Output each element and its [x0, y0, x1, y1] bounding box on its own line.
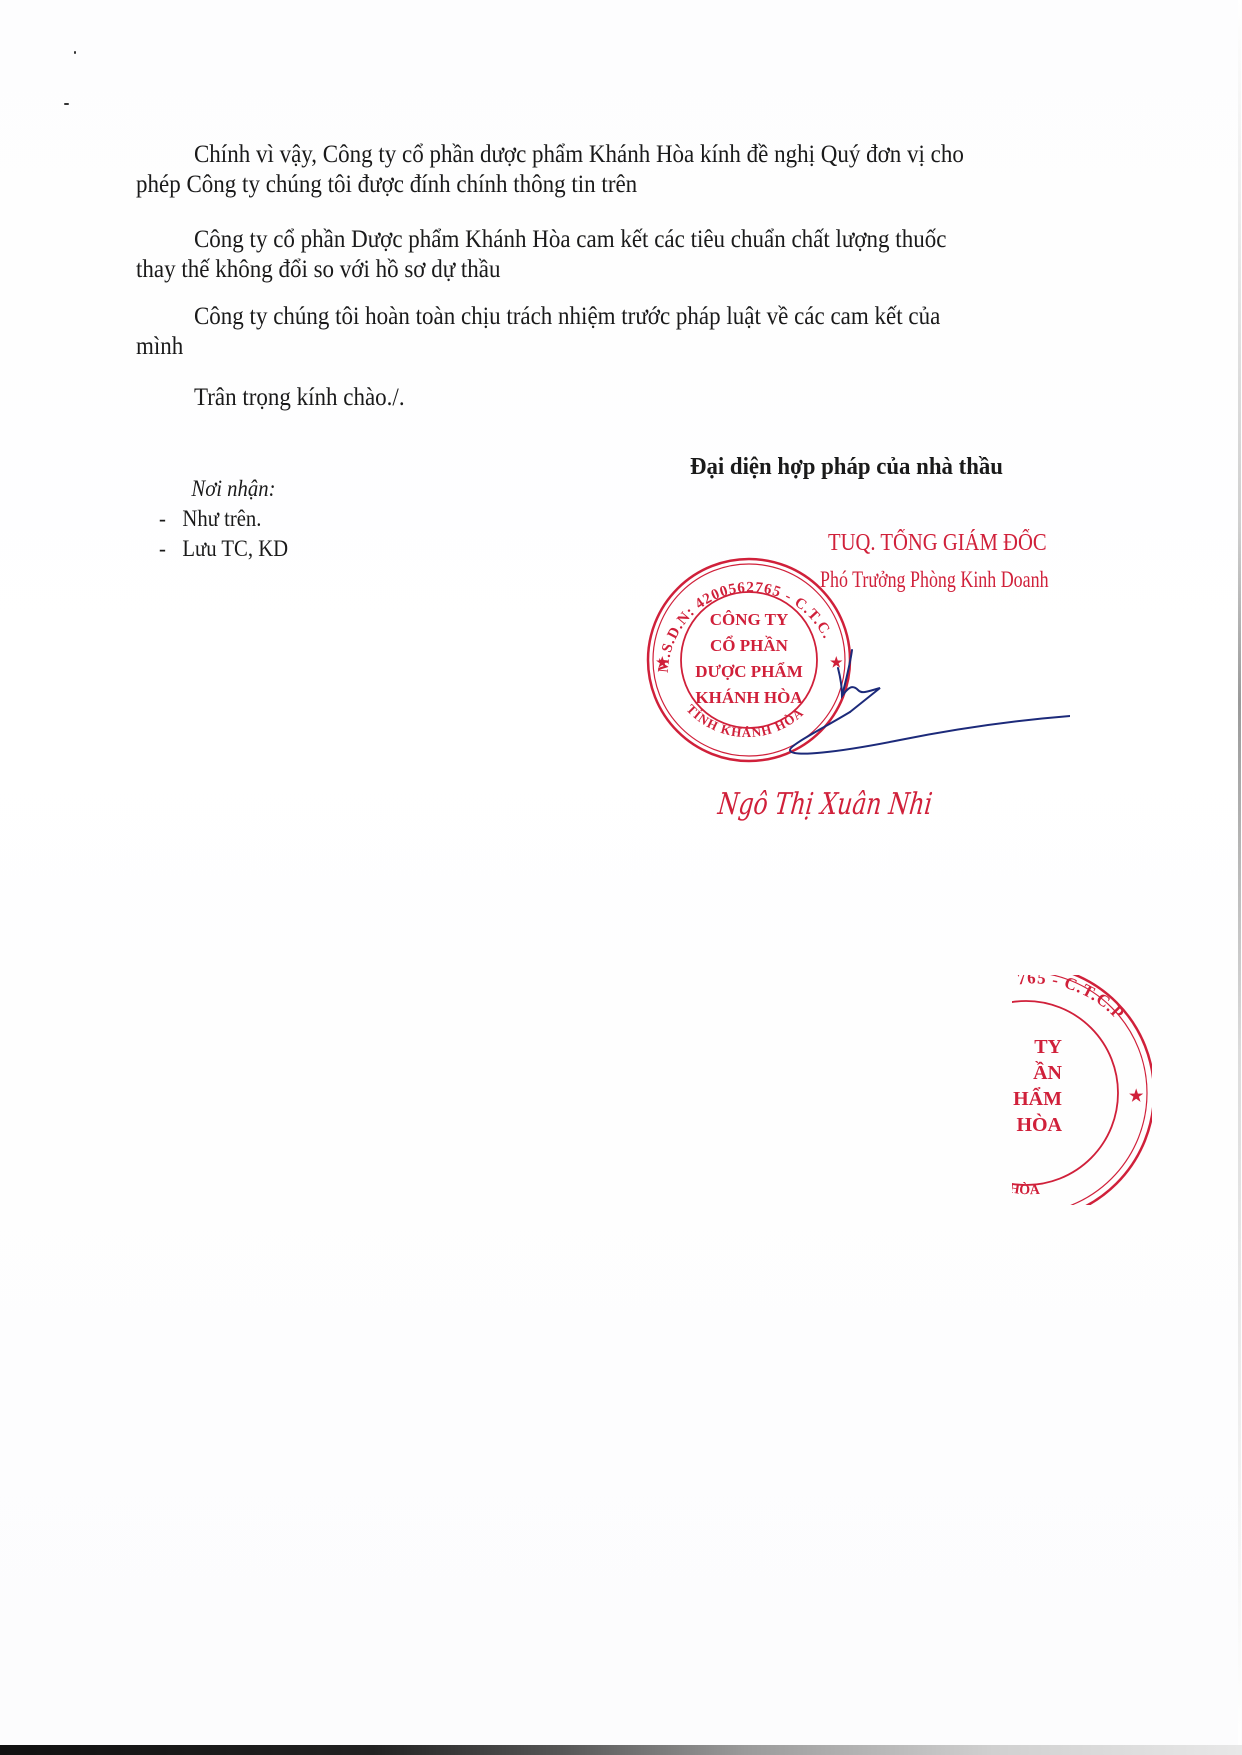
paragraph-responsibility: Công ty chúng tôi hoàn toàn chịu trách n… — [136, 302, 1114, 362]
partial-seal-line: TY — [1034, 1036, 1062, 1058]
paragraph-line: Công ty cổ phần Dược phẩm Khánh Hòa cam … — [194, 226, 946, 253]
recipient-item: -Như trên. — [150, 504, 288, 534]
paragraph-request: Chính vì vậy, Công ty cổ phần dược phẩm … — [136, 140, 1114, 200]
partial-seal-line: HÒA — [1016, 1112, 1062, 1136]
partial-seal-line: ẦN — [1033, 1060, 1062, 1084]
page-bottom-edge — [0, 1745, 1242, 1755]
paragraph-line: thay thế không đổi so với hồ sơ dự thầu — [136, 255, 1114, 285]
seal-center-line: CỔ PHẦN — [710, 635, 789, 655]
seal-center-line: CÔNG TY — [710, 610, 789, 629]
partial-seal-stamp: 765 - C.T.C.P NH HÒA ★ TY ẦN HẨM HÒA — [1012, 975, 1152, 1205]
recipient-text: Như trên. — [182, 506, 261, 531]
recipient-item: -Lưu TC, KD — [150, 534, 288, 564]
paragraph-line: Chính vì vậy, Công ty cổ phần dược phẩm … — [194, 141, 964, 168]
signer-position: Phó Trưởng Phòng Kinh Doanh — [820, 566, 1049, 594]
closing-line: Trân trọng kính chào./. — [194, 384, 405, 411]
bullet: - — [159, 504, 182, 534]
partial-seal-province: NH HÒA — [1012, 1174, 1041, 1198]
recipients-label: Nơi nhận: — [150, 474, 288, 504]
signer-name: Ngô Thị Xuân Nhi — [716, 788, 934, 822]
paragraph-line: Công ty chúng tôi hoàn toàn chịu trách n… — [194, 303, 940, 330]
paragraph-closing: Trân trọng kính chào./. — [136, 383, 1114, 413]
recipients-block: Nơi nhận: -Như trên. -Lưu TC, KD — [150, 474, 288, 564]
paragraph-commitment: Công ty cổ phần Dược phẩm Khánh Hòa cam … — [136, 225, 1114, 285]
paragraph-line: mình — [136, 332, 1114, 362]
partial-seal-arc-text: 765 - C.T.C.P — [1016, 975, 1128, 1023]
scan-speck — [64, 103, 69, 105]
signature-heading: Đại diện hợp pháp của nhà thầu — [690, 452, 1003, 482]
recipient-text: Lưu TC, KD — [182, 536, 288, 561]
star-icon: ★ — [1129, 1088, 1144, 1105]
handwritten-signature — [780, 640, 1070, 770]
star-icon: ★ — [656, 655, 669, 671]
paragraph-line: phép Công ty chúng tôi được đính chính t… — [136, 170, 1114, 200]
page-edge-shadow — [1238, 0, 1241, 1755]
svg-text:765 - C.T.C.P: 765 - C.T.C.P — [1016, 975, 1128, 1023]
scan-speck — [74, 51, 76, 54]
on-behalf-title: TUQ. TỔNG GIÁM ĐỐC — [828, 529, 1047, 557]
partial-seal-line: HẨM — [1013, 1086, 1062, 1110]
bullet: - — [159, 534, 182, 564]
svg-text:NH HÒA: NH HÒA — [1012, 1174, 1041, 1198]
partial-seal-container: 765 - C.T.C.P NH HÒA ★ TY ẦN HẨM HÒA — [1012, 975, 1152, 1205]
